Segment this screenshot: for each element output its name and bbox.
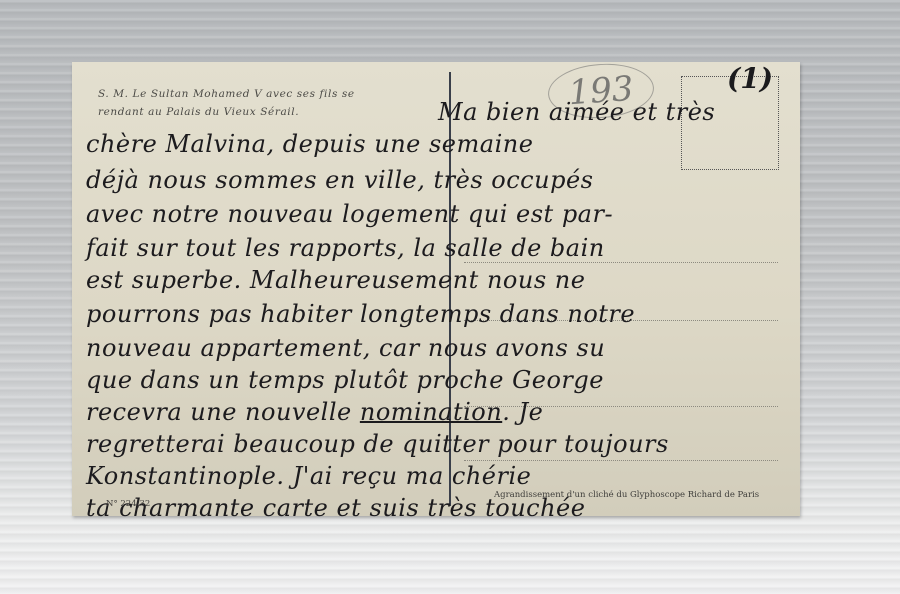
handwriting-text: . Je: [502, 398, 543, 426]
handwriting-line: nouveau appartement, car nous avons su: [86, 334, 605, 362]
handwriting-text: recevra une nouvelle: [86, 398, 352, 426]
printed-caption: S. M. Le Sultan Mohamed V avec ses fils …: [98, 85, 355, 121]
ink-page-number: (1): [727, 62, 773, 95]
handwriting-line: Konstantinople. J'ai reçu ma chérie: [86, 462, 531, 490]
handwriting-line: regretterai beaucoup de quitter pour tou…: [86, 430, 669, 458]
handwriting-line: fait sur tout les rapports, la salle de …: [86, 234, 605, 262]
address-line: [464, 262, 778, 263]
handwriting-line: que dans un temps plutôt proche George: [86, 366, 604, 394]
handwriting-line: chère Malvina, depuis une semaine: [86, 130, 533, 158]
handwriting-line: avec notre nouveau logement qui est par-: [86, 200, 613, 228]
underlined-word: nomination: [360, 398, 502, 426]
handwriting-line: pourrons pas habiter longtemps dans notr…: [86, 300, 635, 328]
publisher-credit: Agrandissement d'un cliché du Glyphoscop…: [494, 490, 759, 500]
handwriting-line: Ma bien aimée et très: [438, 98, 715, 126]
caption-line-1: S. M. Le Sultan Mohamed V avec ses fils …: [98, 85, 355, 103]
postcard: S. M. Le Sultan Mohamed V avec ses fils …: [72, 62, 800, 516]
address-line: [464, 460, 778, 461]
caption-line-2: rendant au Palais du Vieux Sérail.: [98, 103, 355, 121]
handwriting-line: déjà nous sommes en ville, très occupés: [86, 166, 593, 194]
publisher-number: N° 224|32: [106, 499, 150, 509]
handwriting-line: recevra une nouvelle nomination. Je: [86, 398, 543, 426]
handwriting-line: est superbe. Malheureusement nous ne: [86, 266, 585, 294]
